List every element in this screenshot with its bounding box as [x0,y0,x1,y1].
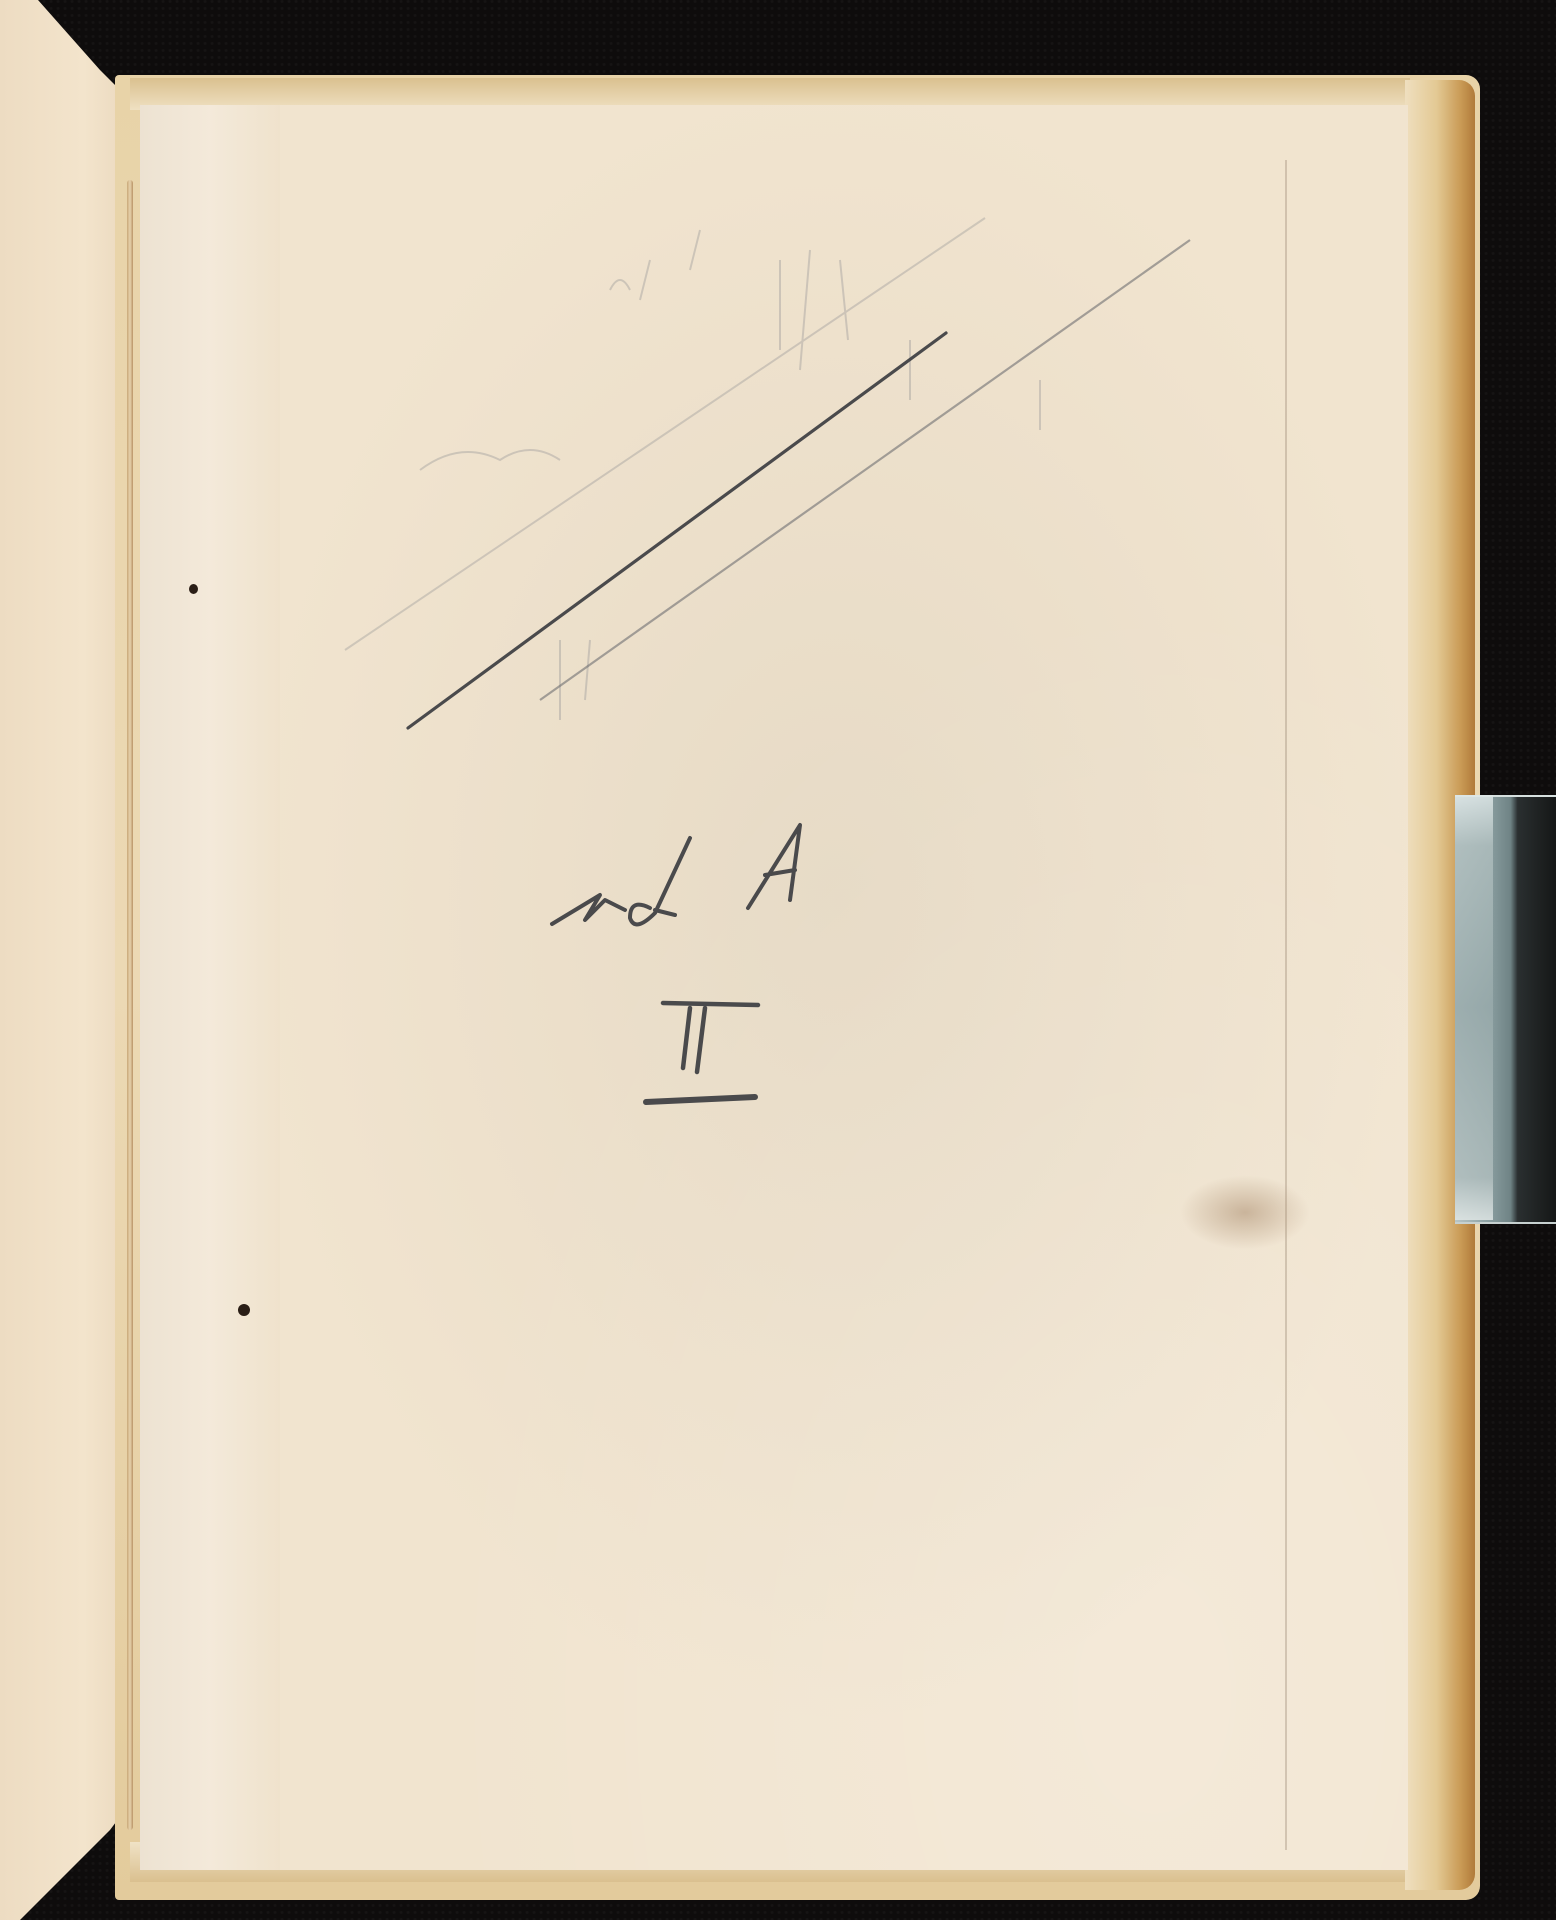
book-photograph: ndA II [0,0,1556,1920]
erased-notes [345,218,1040,720]
shelfmark-ndA [552,825,800,924]
shelfmark-II [646,1003,758,1102]
dark-diagonal-line [408,333,946,728]
acrylic-support-face [1455,795,1493,1220]
light-diagonal-line [540,240,1190,700]
pencil-annotations [0,0,1556,1920]
